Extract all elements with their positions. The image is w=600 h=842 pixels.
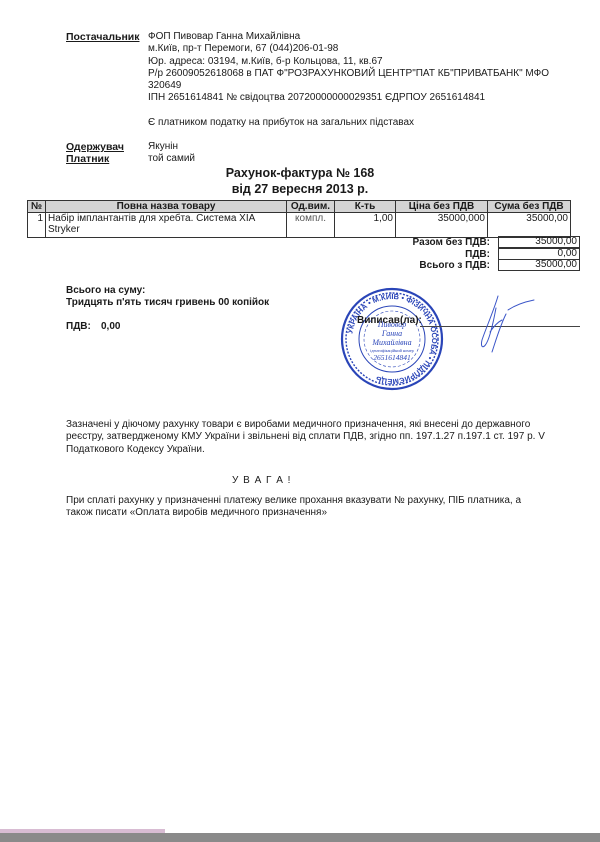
supplier-address: м.Київ, пр-т Перемоги, 67 (044)206-01-98 [148,43,568,55]
col-price: Ціна без ПДВ [396,201,488,213]
col-unit: Од.вим. [287,201,335,213]
col-sum: Сума без ПДВ [488,201,571,213]
row-quantity: 1,00 [335,213,396,238]
attention-text: При сплаті рахунку у призначенні платежу… [66,495,546,520]
company-stamp-icon: УКРАЇНА • М.КИЇВ • ФІЗИЧНА ОСОБА • ПІДПР… [340,287,444,391]
supplier-details: ФОП Пивовар Ганна Михайлівна м.Київ, пр-… [148,31,568,129]
subtotal-value: 35000,00 [498,236,580,248]
amount-words-label: Всього на суму: [66,285,145,297]
total-value: 35000,00 [498,259,580,271]
subtotal-label: Разом без ПДВ: [300,237,498,248]
recipient-value: Якунін [148,141,178,153]
items-table: № Повна назва товару Од.вим. К-ть Ціна б… [27,200,571,238]
row-sum: 35000,00 [488,213,571,238]
total-row: Всього з ПДВ: 35000,00 [300,260,580,272]
totals-block: Разом без ПДВ: 35000,00 ПДВ: 0,00 Всього… [300,237,580,272]
total-label: Всього з ПДВ: [300,260,498,271]
svg-text:Ганна: Ганна [381,329,402,338]
table-row: 1 Набір імплантантів для хребта. Система… [28,213,571,238]
handwritten-signature-icon [468,292,538,362]
medical-products-note: Зазначені у діючому рахунку товари є вир… [66,419,566,456]
supplier-bank-account: Р/р 26009052618068 в ПАТ Ф"РОЗРАХУНКОВИЙ… [148,68,568,80]
recipient-label: Одержувач [66,141,124,153]
col-number: № [28,201,46,213]
svg-text:Михайлівна: Михайлівна [371,338,411,347]
col-product-name: Повна назва товару [46,201,287,213]
supplier-tax-note: Є платником податку на прибуток на загал… [148,117,568,129]
supplier-name: ФОП Пивовар Ганна Михайлівна [148,31,568,43]
payer-value: той самий [148,153,195,165]
attention-title: У В А Г А ! [232,475,291,487]
row-price: 35000,000 [396,213,488,238]
row-number: 1 [28,213,46,238]
signature-label: Виписав(ла): [357,315,422,327]
supplier-label: Постачальник [66,31,140,43]
vat-summary-label: ПДВ: [66,321,91,333]
col-quantity: К-ть [335,201,396,213]
supplier-tax-ids: ІПН 2651614841 № свідоцтва 2072000000002… [148,92,568,104]
invoice-date: від 27 вересня 2013 р. [0,182,600,196]
payer-label: Платник [66,153,109,165]
row-unit: компл. [287,213,335,238]
vat-summary-value: 0,00 [101,321,120,333]
vat-value: 0,00 [498,248,580,260]
vat-label: ПДВ: [300,249,498,260]
supplier-mfo: 320649 [148,80,568,92]
invoice-title: Рахунок-фактура № 168 [0,166,600,180]
svg-text:2651614841: 2651614841 [373,353,411,362]
scan-bottom-edge [0,833,600,842]
row-product-name: Набір імплантантів для хребта. Система X… [46,213,287,238]
supplier-legal-address: Юр. адреса: 03194, м.Київ, б-р Кольцова,… [148,56,568,68]
table-header-row: № Повна назва товару Од.вим. К-ть Ціна б… [28,201,571,213]
amount-words-value: Тридцять п'ять тисяч гривень 00 копійок [66,297,269,309]
